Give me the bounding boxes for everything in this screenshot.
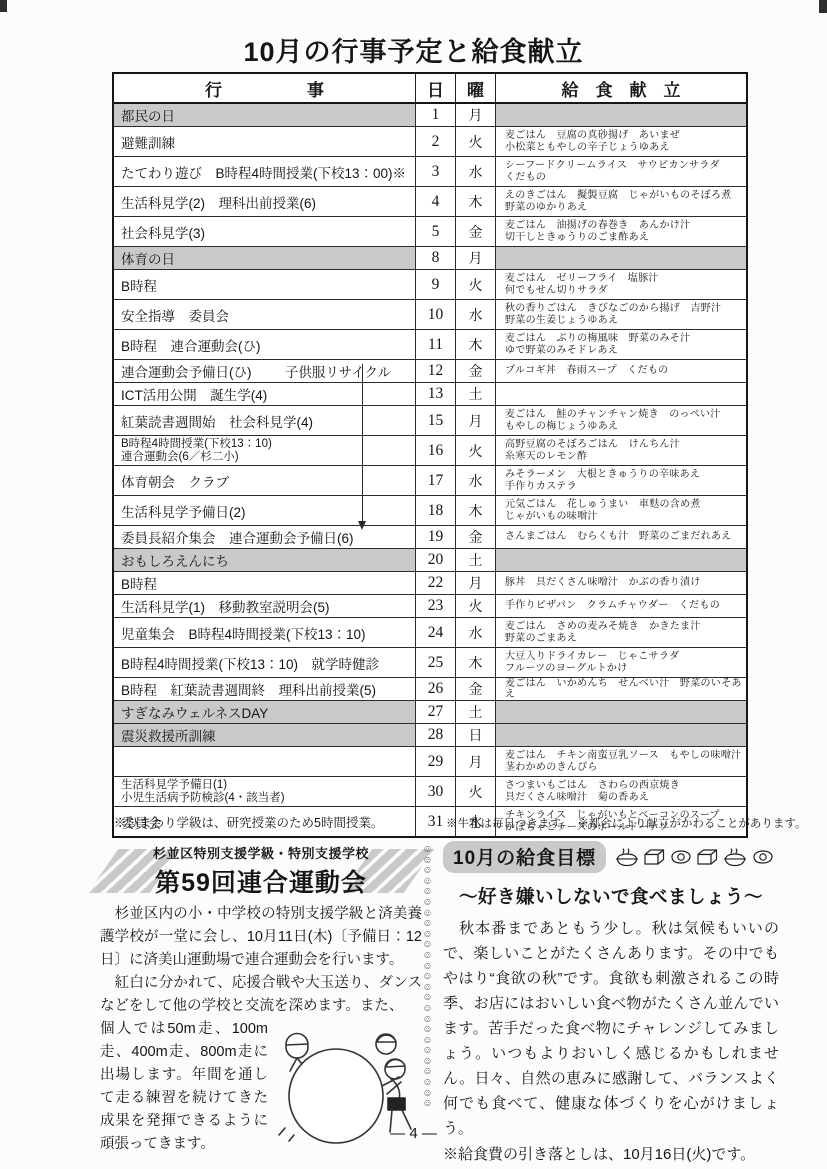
event-cell: 委員長紹介集会 連合運動会予備日(6) <box>114 526 416 548</box>
lunch-fee-note: ※給食費の引き落としは、10月16日(火)です。 <box>443 1142 779 1167</box>
day-cell: 17 <box>416 466 456 495</box>
weekday-cell: 土 <box>456 549 496 571</box>
table-header-row: 行 事 日 曜 給 食 献 立 <box>114 74 746 104</box>
lunch-goal-article: 10月の給食目標 ～好き嫌いしないで食べましょう～ 秋本番まであともう少し。秋は… <box>443 841 779 1167</box>
event-cell: B時程4時間授業(下校13：10) 就学時健診 <box>114 648 416 677</box>
table-row: 都民の日1月 <box>114 104 746 127</box>
day-cell: 10 <box>416 300 456 329</box>
event-text: たてわり遊び B時程4時間授業(下校13：00)※ <box>121 162 415 182</box>
event-cell: 社会科見学(3) <box>114 217 416 246</box>
dish-icon <box>722 848 748 867</box>
event-text: 生活科見学予備日(1)小児生活病予防検診(4・該当者) <box>121 779 415 804</box>
event-text: B時程 <box>121 275 415 295</box>
lunch-goal-body: 秋本番まであともう少し。秋は気候もいいので、楽しいことがたくさんあります。その中… <box>443 916 779 1141</box>
lunch-goal-title: 10月の給食目標 <box>443 841 606 873</box>
table-row: B時程 連合運動会(ひ)11木麦ごはん ぶりの梅風味 野菜のみそ汁ゆで野菜のみそ… <box>114 330 746 360</box>
header-event: 行 事 <box>114 74 416 102</box>
menu-cell <box>496 383 746 405</box>
event-cell: 連合運動会予備日(ひ)子供服リサイクル <box>114 360 416 382</box>
table-row: 震災救援所訓練28日 <box>114 724 746 747</box>
event-text: B時程4時間授業(下校13：10) 就学時健診 <box>121 653 415 673</box>
event-text: B時程4時間授業(下校13：10)連合運動会(6／杉二小) <box>121 438 415 463</box>
event-cell: 震災救援所訓練 <box>114 724 416 746</box>
event-text: すぎなみウェルネスDAY <box>121 702 415 722</box>
day-cell: 5 <box>416 217 456 246</box>
footnote-himawari: ※ひまわり学級は、研究授業のため5時間授業。 <box>114 813 383 831</box>
lunch-goal-header: 10月の給食目標 <box>443 841 779 873</box>
weekday-cell: 月 <box>456 572 496 594</box>
day-cell: 28 <box>416 724 456 746</box>
day-cell: 8 <box>416 247 456 269</box>
event-cell <box>114 747 416 776</box>
table-row: 生活科見学予備日(1)小児生活病予防検診(4・該当者)30火さつまいもごはん さ… <box>114 777 746 807</box>
food-icon-row <box>614 848 775 867</box>
weekday-cell: 水 <box>456 466 496 495</box>
weekday-cell: 火 <box>456 436 496 465</box>
day-cell: 19 <box>416 526 456 548</box>
day-cell: 22 <box>416 572 456 594</box>
sports-day-title: 第59回連合運動会 <box>153 863 369 899</box>
weekday-cell: 金 <box>456 217 496 246</box>
day-cell: 23 <box>416 595 456 617</box>
table-row: 児童集会 B時程4時間授業(下校13：10)24水麦ごはん さめの麦みそ焼き か… <box>114 618 746 648</box>
sports-day-article: 杉並区特別支援学級・特別支援学校 第59回連合運動会 杉並区内の小・中学校の特別… <box>100 843 422 1156</box>
weekday-cell: 月 <box>456 247 496 269</box>
event-cell: 生活科見学(1) 移動教室説明会(5) <box>114 595 416 617</box>
egg-icon <box>669 849 693 865</box>
weekday-cell: 火 <box>456 595 496 617</box>
weekday-cell: 木 <box>456 496 496 525</box>
menu-cell: みそラーメン 大根ときゅうりの辛味あえ手作りカステラ <box>496 466 746 495</box>
day-cell: 25 <box>416 648 456 677</box>
smiley-divider-column: ☺☺☺☺☺☺☺☺☺☺☺☺☺☺☺☺☺☺☺☺☺☺☺☺☺ <box>420 845 435 1110</box>
event-cell: すぎなみウェルネスDAY <box>114 701 416 723</box>
weekday-cell: 土 <box>456 383 496 405</box>
menu-cell: 麦ごはん 豆腐の真砂揚げ あいまぜ小松菜ともやしの辛子じょうゆあえ <box>496 127 746 156</box>
menu-cell: 麦ごはん ゼリーフライ 塩豚汁何でもせん切りサラダ <box>496 270 746 299</box>
day-cell: 1 <box>416 104 456 126</box>
weekday-cell: 月 <box>456 406 496 435</box>
table-row: B時程4時間授業(下校13：10) 就学時健診25木大豆入りドライカレー じゃこ… <box>114 648 746 678</box>
event-secondary-text: 子供服リサイクル <box>285 361 391 381</box>
weekday-cell: 金 <box>456 678 496 700</box>
table-row: 生活科見学(2) 理科出前授業(6)4木えのきごはん 擬製豆腐 じゃがいものそぼ… <box>114 187 746 217</box>
weekday-cell: 水 <box>456 157 496 186</box>
sports-day-paragraph: 紅白に分かれて、応援合戦や大玉送り、ダンスなどをして他の学校と交流を深めます。ま… <box>100 972 422 1018</box>
menu-cell: 麦ごはん 鮭のチャンチャン焼き のっぺい汁もやしの梅じょうゆあえ <box>496 406 746 435</box>
menu-cell: 麦ごはん ぶりの梅風味 野菜のみそ汁ゆで野菜のみそドレあえ <box>496 330 746 359</box>
event-text: 児童集会 B時程4時間授業(下校13：10) <box>121 623 415 643</box>
weekday-cell: 木 <box>456 187 496 216</box>
event-text: ICT活用公開 誕生学(4) <box>121 384 415 404</box>
newsletter-page: 10月の行事予定と給食献立 行 事 日 曜 給 食 献 立 都民の日1月避難訓練… <box>0 0 827 1169</box>
table-row: 安全指導 委員会10水秋の香りごはん きびなごのから揚げ 吉野汁野菜の生姜じょう… <box>114 300 746 330</box>
menu-cell: 大豆入りドライカレー じゃこサラダフルーツのヨーグルトかけ <box>496 648 746 677</box>
sports-day-subtitle: 杉並区特別支援学級・特別支援学校 <box>153 843 369 862</box>
table-row: B時程 紅葉読書週間終 理科出前授業(5)26金麦ごはん いかめんち せんべい汁… <box>114 678 746 701</box>
weekday-cell: 土 <box>456 701 496 723</box>
weekday-cell: 水 <box>456 618 496 647</box>
box-icon <box>643 848 666 866</box>
event-text: 生活科見学予備日(2) <box>121 501 415 521</box>
weekday-cell: 金 <box>456 360 496 382</box>
day-cell: 13 <box>416 383 456 405</box>
recycle-period-arrow-icon <box>362 364 363 522</box>
table-row: 避難訓練2火麦ごはん 豆腐の真砂揚げ あいまぜ小松菜ともやしの辛子じょうゆあえ <box>114 127 746 157</box>
event-text: 安全指導 委員会 <box>121 305 415 325</box>
event-text: 体育朝会 クラブ <box>121 471 415 491</box>
menu-cell: えのきごはん 擬製豆腐 じゃがいものそぼろ煮野菜のゆかりあえ <box>496 187 746 216</box>
schedule-table: 行 事 日 曜 給 食 献 立 都民の日1月避難訓練2火麦ごはん 豆腐の真砂揚げ… <box>112 72 748 838</box>
event-text: 社会科見学(3) <box>121 222 415 242</box>
day-cell: 26 <box>416 678 456 700</box>
smiley-face-icon: ☺ <box>420 1004 435 1015</box>
table-row: 生活科見学(1) 移動教室説明会(5)23火手作りピザパン クラムチャウダー く… <box>114 595 746 618</box>
event-cell: 体育朝会 クラブ <box>114 466 416 495</box>
menu-cell: シーフードクリームライス サウピカンサラダくだもの <box>496 157 746 186</box>
menu-cell: 麦ごはん 油揚げの春巻き あんかけ汁切干しときゅうりのごま酢あえ <box>496 217 746 246</box>
event-cell: B時程 連合運動会(ひ) <box>114 330 416 359</box>
header-day: 日 <box>416 74 456 102</box>
day-cell: 15 <box>416 406 456 435</box>
event-cell: B時程 紅葉読書週間終 理科出前授業(5) <box>114 678 416 700</box>
event-text: 生活科見学(1) 移動教室説明会(5) <box>121 596 415 616</box>
table-row: 体育朝会 クラブ17水みそラーメン 大根ときゅうりの辛味あえ手作りカステラ <box>114 466 746 496</box>
weekday-cell: 月 <box>456 747 496 776</box>
table-row: 紅葉読書週間始 社会科見学(4)15月麦ごはん 鮭のチャンチャン焼き のっぺい汁… <box>114 406 746 436</box>
table-row: 社会科見学(3)5金麦ごはん 油揚げの春巻き あんかけ汁切干しときゅうりのごま酢… <box>114 217 746 247</box>
event-cell: 児童集会 B時程4時間授業(下校13：10) <box>114 618 416 647</box>
event-text: 都民の日 <box>121 105 415 125</box>
menu-cell: 元気ごはん 花しゅうまい 車麩の含め煮じゃがいもの味噌汁 <box>496 496 746 525</box>
weekday-cell: 日 <box>456 724 496 746</box>
event-text: 避難訓練 <box>121 132 415 152</box>
sports-day-header-text: 杉並区特別支援学級・特別支援学校 第59回連合運動会 <box>149 843 373 899</box>
weekday-cell: 月 <box>456 104 496 126</box>
day-cell: 11 <box>416 330 456 359</box>
event-cell: 安全指導 委員会 <box>114 300 416 329</box>
header-weekday: 曜 <box>456 74 496 102</box>
day-cell: 27 <box>416 701 456 723</box>
event-cell: 体育の日 <box>114 247 416 269</box>
event-cell: B時程4時間授業(下校13：10)連合運動会(6／杉二小) <box>114 436 416 465</box>
table-row: 29月麦ごはん チキン南蛮豆乳ソース もやしの味噌汁茎わかめのきんぴら <box>114 747 746 777</box>
day-cell: 29 <box>416 747 456 776</box>
scan-artifact <box>819 0 827 13</box>
event-cell: 紅葉読書週間始 社会科見学(4) <box>114 406 416 435</box>
event-cell: B時程 <box>114 572 416 594</box>
header-menu: 給 食 献 立 <box>496 74 746 102</box>
event-text: おもしろえんにち <box>121 550 415 570</box>
event-text: B時程 <box>121 573 415 593</box>
day-cell: 18 <box>416 496 456 525</box>
menu-cell <box>496 104 746 126</box>
table-body: 都民の日1月避難訓練2火麦ごはん 豆腐の真砂揚げ あいまぜ小松菜ともやしの辛子じ… <box>114 104 746 836</box>
table-row: 体育の日8月 <box>114 247 746 270</box>
event-text: 生活科見学(2) 理科出前授業(6) <box>121 192 415 212</box>
footnote-milk: ※牛乳は毎日つきます。 ※都合により献立がかわることがあります。 <box>446 815 806 831</box>
event-cell: B時程 <box>114 270 416 299</box>
weekday-cell: 木 <box>456 648 496 677</box>
menu-cell: さんまごはん むらくも汁 野菜のごまだれあえ <box>496 526 746 548</box>
table-row: 連合運動会予備日(ひ)子供服リサイクル12金プルコギ丼 春雨スープ くだもの <box>114 360 746 383</box>
box-icon <box>696 848 719 866</box>
weekday-cell: 木 <box>456 330 496 359</box>
menu-cell: 高野豆腐のそぼろごはん けんちん汁糸寒天のレモン酢 <box>496 436 746 465</box>
event-text: 連合運動会予備日(ひ) <box>121 361 252 381</box>
weekday-cell: 水 <box>456 300 496 329</box>
day-cell: 16 <box>416 436 456 465</box>
sports-day-header: 杉並区特別支援学級・特別支援学校 第59回連合運動会 <box>100 843 422 899</box>
event-cell: たてわり遊び B時程4時間授業(下校13：00)※ <box>114 157 416 186</box>
event-text: 委員長紹介集会 連合運動会予備日(6) <box>121 527 415 547</box>
event-text: 紅葉読書週間始 社会科見学(4) <box>121 411 415 431</box>
menu-cell: 手作りピザパン クラムチャウダー くだもの <box>496 595 746 617</box>
dish-icon <box>614 848 640 867</box>
menu-cell <box>496 724 746 746</box>
event-cell: 生活科見学予備日(1)小児生活病予防検診(4・該当者) <box>114 777 416 806</box>
menu-cell <box>496 247 746 269</box>
table-row: ICT活用公開 誕生学(4)13土 <box>114 383 746 406</box>
lunch-goal-subtitle: ～好き嫌いしないで食べましょう～ <box>443 883 779 909</box>
day-cell: 9 <box>416 270 456 299</box>
event-text: B時程 連合運動会(ひ) <box>121 335 415 355</box>
event-cell: ICT活用公開 誕生学(4) <box>114 383 416 405</box>
menu-cell: 麦ごはん さめの麦みそ焼き かきたま汁野菜のごまあえ <box>496 618 746 647</box>
day-cell: 3 <box>416 157 456 186</box>
event-cell: おもしろえんにち <box>114 549 416 571</box>
menu-cell: 秋の香りごはん きびなごのから揚げ 吉野汁野菜の生姜じょうゆあえ <box>496 300 746 329</box>
day-cell: 24 <box>416 618 456 647</box>
event-cell: 生活科見学(2) 理科出前授業(6) <box>114 187 416 216</box>
table-row: おもしろえんにち20土 <box>114 549 746 572</box>
event-cell: 避難訓練 <box>114 127 416 156</box>
table-row: 委員長紹介集会 連合運動会予備日(6)19金さんまごはん むらくも汁 野菜のごま… <box>114 526 746 549</box>
day-cell: 4 <box>416 187 456 216</box>
day-cell: 12 <box>416 360 456 382</box>
table-row: B時程4時間授業(下校13：10)連合運動会(6／杉二小)16火高野豆腐のそぼろ… <box>114 436 746 466</box>
menu-cell: 麦ごはん いかめんち せんべい汁 野菜のいそあえ <box>496 678 746 700</box>
menu-cell <box>496 701 746 723</box>
table-row: B時程22月豚丼 具だくさん味噌汁 かぶの香り漬け <box>114 572 746 595</box>
day-cell: 30 <box>416 777 456 806</box>
menu-cell: 麦ごはん チキン南蛮豆乳ソース もやしの味噌汁茎わかめのきんぴら <box>496 747 746 776</box>
weekday-cell: 金 <box>456 526 496 548</box>
menu-cell: プルコギ丼 春雨スープ くだもの <box>496 360 746 382</box>
table-row: 生活科見学予備日(2)18木元気ごはん 花しゅうまい 車麩の含め煮じゃがいもの味… <box>114 496 746 526</box>
smiley-face-icon: ☺ <box>420 1099 435 1110</box>
table-row: すぎなみウェルネスDAY27土 <box>114 701 746 724</box>
day-cell: 2 <box>416 127 456 156</box>
page-title: 10月の行事予定と給食献立 <box>0 30 827 69</box>
event-text: B時程 紅葉読書週間終 理科出前授業(5) <box>121 679 415 699</box>
menu-cell <box>496 549 746 571</box>
smiley-face-icon: ☺ <box>420 845 435 856</box>
event-text: 震災救援所訓練 <box>121 725 415 745</box>
menu-cell: 豚丼 具だくさん味噌汁 かぶの香り漬け <box>496 572 746 594</box>
egg-icon <box>751 849 775 865</box>
weekday-cell: 火 <box>456 777 496 806</box>
menu-cell: さつまいもごはん さわらの西京焼き具だくさん味噌汁 菊の香あえ <box>496 777 746 806</box>
scan-artifact <box>0 0 7 12</box>
page-number: ― 4 ― <box>0 1125 827 1142</box>
smiley-face-icon: ☺ <box>420 951 435 962</box>
weekday-cell: 火 <box>456 270 496 299</box>
smiley-face-icon: ☺ <box>420 898 435 909</box>
event-cell: 都民の日 <box>114 104 416 126</box>
day-cell: 20 <box>416 549 456 571</box>
sports-day-paragraph: 杉並区内の小・中学校の特別支援学級と済美養護学校が一堂に会し、10月11日(木)… <box>100 903 422 972</box>
weekday-cell: 火 <box>456 127 496 156</box>
table-row: たてわり遊び B時程4時間授業(下校13：00)※3水シーフードクリームライス … <box>114 157 746 187</box>
event-cell: 生活科見学予備日(2) <box>114 496 416 525</box>
event-text: 体育の日 <box>121 248 415 268</box>
table-row: B時程9火麦ごはん ゼリーフライ 塩豚汁何でもせん切りサラダ <box>114 270 746 300</box>
